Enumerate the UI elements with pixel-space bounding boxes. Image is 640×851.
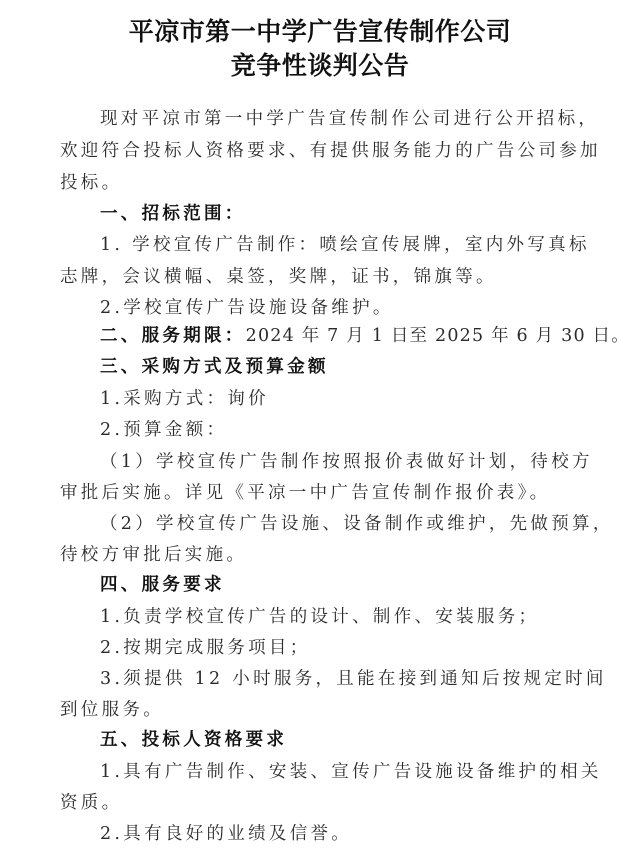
intro-line-2: 欢迎符合投标人资格要求、有提供服务能力的广告公司参加 bbox=[60, 140, 580, 162]
section5-heading: 五、投标人资格要求 bbox=[100, 729, 620, 751]
section5-item1-line1: 1.具有广告制作、安装、宣传广告设施设备维护的相关 bbox=[100, 761, 620, 783]
section2-heading: 二、服务期限： bbox=[100, 326, 246, 346]
section3-heading: 三、采购方式及预算金额 bbox=[100, 356, 620, 378]
announcement-page: 平凉市第一中学广告宣传制作公司 竞争性谈判公告 现对平凉市第一中学广告宣传制作公… bbox=[0, 0, 640, 851]
section1-item1-line2: 志牌，会议横幅、桌签，奖牌，证书，锦旗等。 bbox=[60, 266, 580, 288]
document-title-line2: 竞争性谈判公告 bbox=[0, 51, 640, 81]
section4-item3-line2: 到位服务。 bbox=[60, 699, 580, 721]
section4-item3-line1: 3.须提供 12 小时服务，且能在接到通知后按规定时间 bbox=[100, 668, 620, 690]
section5-item2: 2.具有良好的业绩及信誉。 bbox=[100, 823, 620, 845]
section3-sub1-line2: 审批后实施。详见《平凉一中广告宣传制作报价表》。 bbox=[60, 482, 580, 504]
section1-heading: 一、招标范围： bbox=[100, 203, 620, 225]
document-title-line1: 平凉市第一中学广告宣传制作公司 bbox=[0, 17, 640, 47]
section3-sub1-line1: （1）学校宣传广告制作按照报价表做好计划，待校方 bbox=[100, 451, 620, 473]
section3-item1: 1.采购方式：询价 bbox=[100, 388, 620, 410]
section1-item2: 2.学校宣传广告设施设备维护。 bbox=[100, 297, 620, 319]
section3-item2: 2.预算金额： bbox=[100, 419, 620, 441]
section4-item2: 2.按期完成服务项目； bbox=[100, 637, 620, 659]
intro-line-1: 现对平凉市第一中学广告宣传制作公司进行公开招标， bbox=[100, 108, 620, 130]
section1-item1-line1: 1. 学校宣传广告制作：喷绘宣传展牌，室内外写真标 bbox=[100, 234, 620, 256]
section4-heading: 四、服务要求 bbox=[100, 574, 620, 596]
section3-sub2-line1: （2）学校宣传广告设施、设备制作或维护，先做预算， bbox=[100, 513, 620, 535]
section3-sub2-line2: 待校方审批后实施。 bbox=[60, 544, 580, 566]
section5-item1-line2: 资质。 bbox=[60, 792, 580, 814]
section2-row: 二、服务期限：2024 年 7 月 1 日至 2025 年 6 月 30 日。 bbox=[100, 325, 620, 347]
section4-item1: 1.负责学校宣传广告的设计、制作、安装服务； bbox=[100, 606, 620, 628]
intro-line-3: 投标。 bbox=[60, 172, 580, 194]
section2-value: 2024 年 7 月 1 日至 2025 年 6 月 30 日。 bbox=[246, 326, 630, 346]
